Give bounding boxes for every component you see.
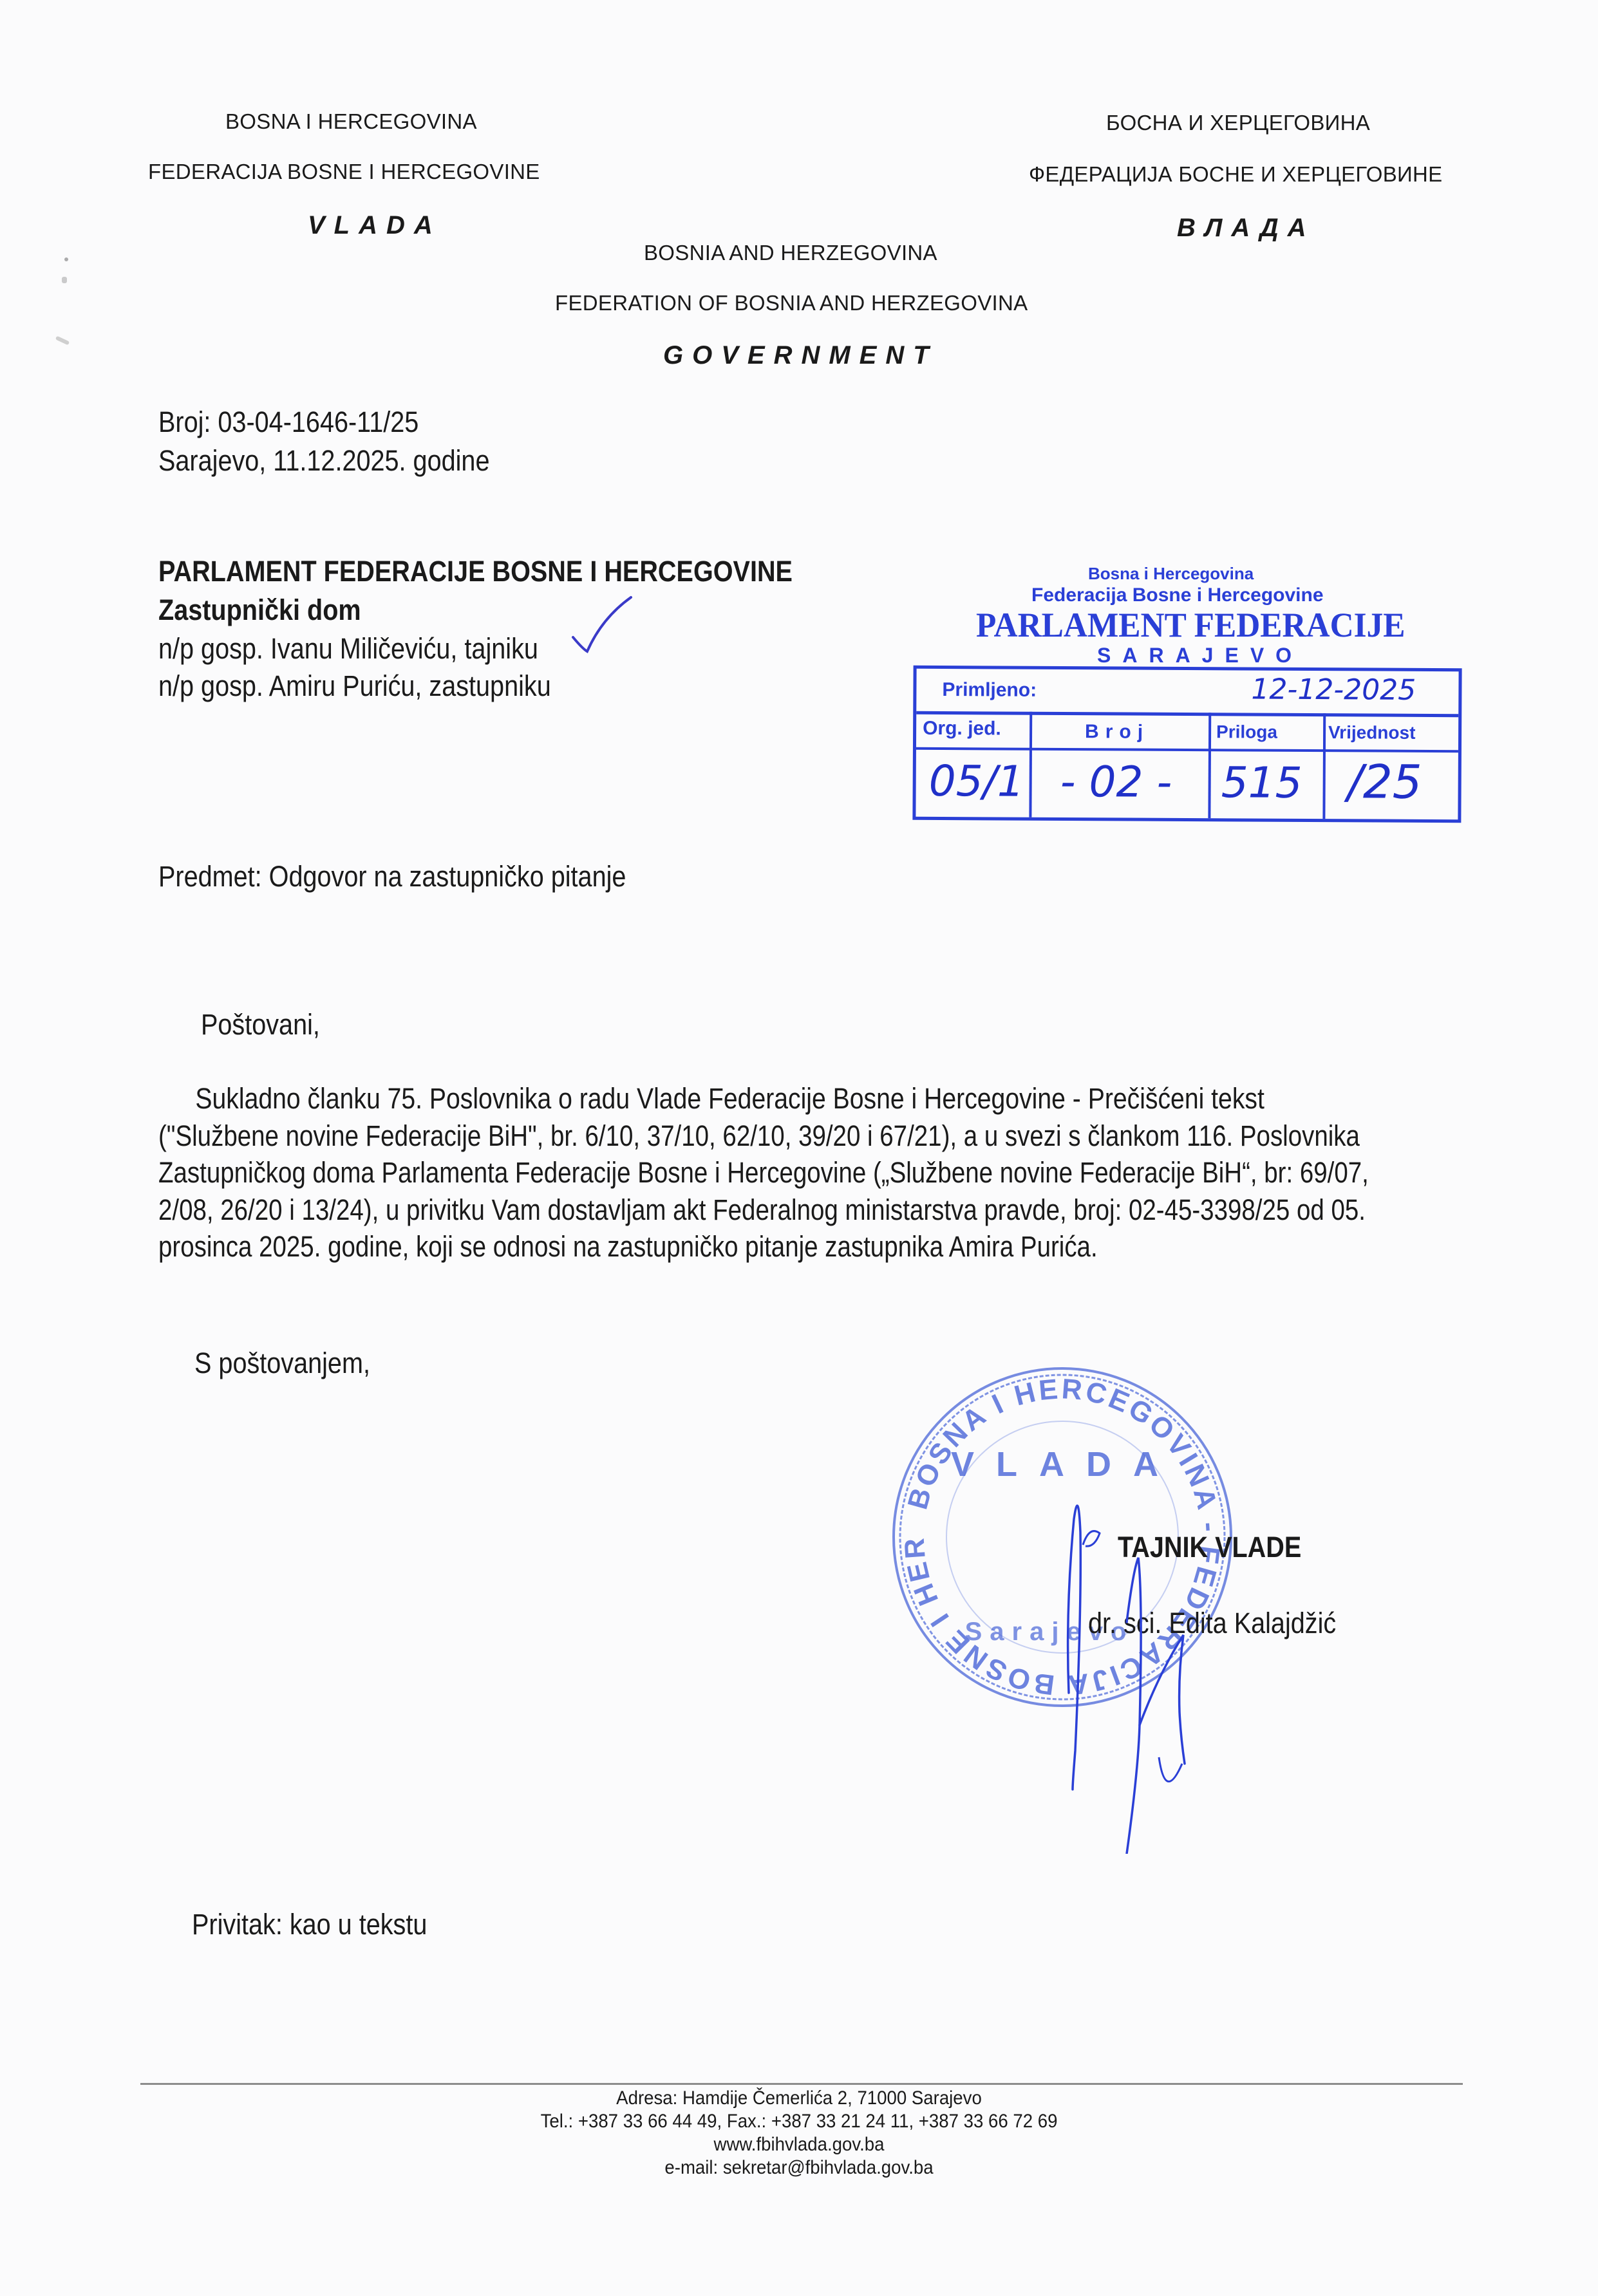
- stamp-val-org-unit: 05/1: [928, 756, 1024, 807]
- body-paragraph: Sukladno članku 75. Poslovnika o radu Vl…: [158, 1080, 1459, 1265]
- reference-place-date: Sarajevo, 11.12.2025. godine: [158, 444, 489, 478]
- salutation: Poštovani,: [201, 1008, 320, 1041]
- header-left-government: VLADA: [308, 211, 442, 240]
- stamp-city: SARAJEVO: [1097, 644, 1303, 667]
- header-center-country: BOSNIA AND HERZEGOVINA: [644, 241, 937, 265]
- recipient-secretary: n/p gosp. Ivanu Miličeviću, tajniku: [158, 632, 538, 666]
- header-center-federation: FEDERATION OF BOSNIA AND HERZEGOVINA: [555, 291, 1028, 315]
- scan-speck: [62, 277, 67, 283]
- reference-number: Broj: 03-04-1646-11/25: [158, 406, 418, 439]
- footer-divider: [140, 2083, 1463, 2085]
- body-line: prosinca 2025. godine, koji se odnosi na…: [158, 1228, 1270, 1265]
- handwritten-signature-icon: [1030, 1480, 1223, 1854]
- stamp-parliament: PARLAMENT FEDERACIJE: [976, 605, 1405, 645]
- scan-speck: [55, 336, 70, 346]
- stamp-federation: Federacija Bosne i Hercegovine: [1031, 584, 1324, 606]
- footer-website[interactable]: www.fbihvlada.gov.ba: [64, 2133, 1534, 2156]
- stamp-col-value: Vrijednost: [1328, 722, 1416, 743]
- subject: Predmet: Odgovor na zastupničko pitanje: [158, 860, 626, 893]
- body-line: Sukladno članku 75. Poslovnika o radu Vl…: [158, 1080, 1290, 1117]
- recipient-house: Zastupnički dom: [158, 593, 361, 627]
- header-right-government: ВЛАДА: [1177, 214, 1315, 243]
- stamp-col-org-unit: Org. jed.: [923, 718, 1001, 740]
- body-line: Zastupničkog doma Parlamenta Federacije …: [158, 1154, 1270, 1191]
- header-left-federation: FEDERACIJA BOSNE I HERCEGOVINE: [148, 160, 540, 184]
- stamp-country: Bosna i Hercegovina: [1088, 564, 1254, 584]
- stamp-col-number: Broj: [1085, 721, 1149, 743]
- footer-email[interactable]: e-mail: sekretar@fbihvlada.gov.ba: [64, 2156, 1534, 2179]
- stamp-col-attachments: Priloga: [1216, 722, 1277, 742]
- header-right-country: БОСНА И ХЕРЦЕГОВИНА: [1106, 111, 1370, 135]
- stamp-received-date: 12-12-2025: [1251, 673, 1416, 707]
- recipient-representative: n/p gosp. Amiru Puriću, zastupniku: [158, 669, 551, 703]
- footer: Adresa: Hamdije Čemerlića 2, 71000 Saraj…: [0, 2087, 1598, 2179]
- body-line: 2/08, 26/20 i 13/24), u privitku Vam dos…: [158, 1191, 1270, 1229]
- attachment-note: Privitak: kao u tekstu: [192, 1908, 427, 1941]
- stamp-val-value: /25: [1347, 754, 1422, 809]
- closing: S poštovanjem,: [194, 1347, 370, 1380]
- stamp-register-table: Primljeno: 12-12-2025 Org. jed. Broj Pri…: [912, 666, 1462, 823]
- recipient-institution: PARLAMENT FEDERACIJE BOSNE I HERCEGOVINE: [158, 555, 793, 588]
- stamp-received-label: Primljeno:: [942, 679, 1037, 702]
- footer-phones: Tel.: +387 33 66 44 49, Fax.: +387 33 21…: [64, 2110, 1534, 2133]
- stamp-val-number: - 02 -: [1060, 757, 1172, 807]
- svg-text:VLADA: VLADA: [951, 1445, 1180, 1484]
- header-right-federation: ФЕДЕРАЦИЈА БОСНЕ И ХЕРЦЕГОВИНЕ: [1029, 162, 1442, 187]
- stamp-val-attachments: 515: [1221, 758, 1302, 808]
- body-line: ("Službene novine Federacije BiH", br. 6…: [158, 1117, 1270, 1155]
- scan-speck: [64, 257, 68, 261]
- header-center-government: GOVERNMENT: [663, 341, 938, 370]
- header-left-country: BOSNA I HERCEGOVINA: [225, 109, 477, 134]
- checkmark-icon: [567, 592, 644, 663]
- footer-address: Adresa: Hamdije Čemerlića 2, 71000 Saraj…: [64, 2087, 1534, 2110]
